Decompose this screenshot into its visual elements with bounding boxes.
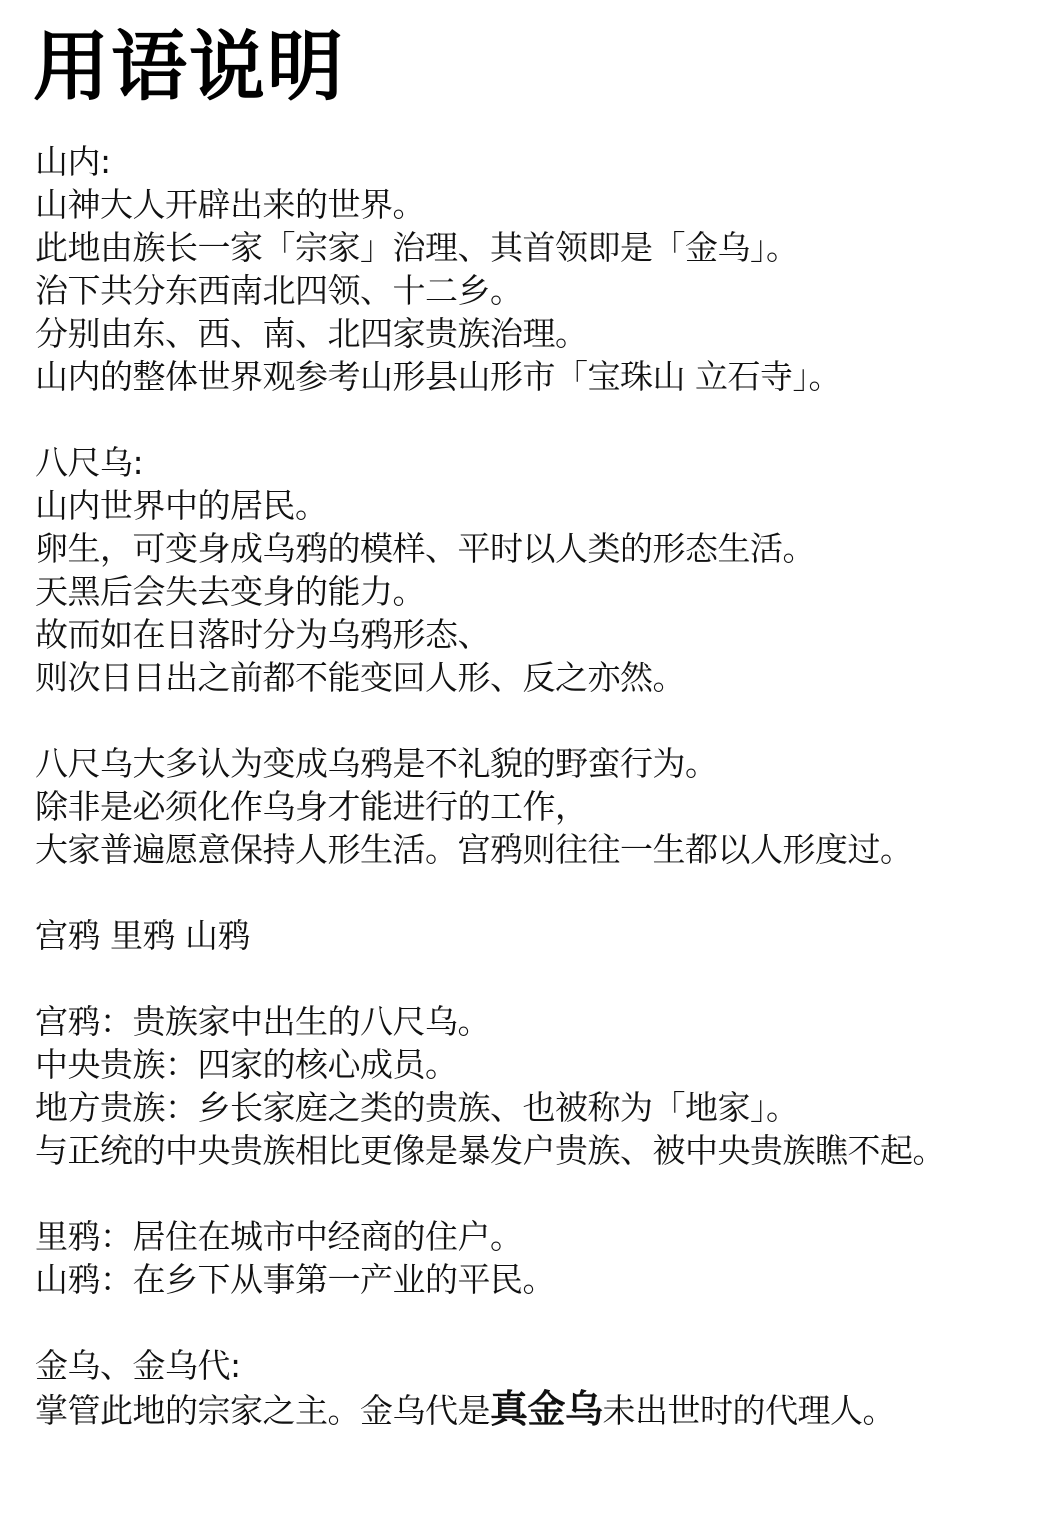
spacer — [35, 871, 1054, 914]
page-title: 用语说明 — [33, 22, 345, 112]
paragraph-line: 大家普遍愿意保持人形生活。宫鸦则往往一生都以人形度过。 — [35, 828, 1054, 871]
definition-line: 掌管此地的宗家之主。金乌代是真金乌未出世时的代理人。 — [35, 1387, 1054, 1430]
definition-line: 地方贵族：乡长家庭之类的贵族、也被称为「地家」。 — [35, 1086, 1054, 1129]
definition-line: 分别由东、西、南、北四家贵族治理。 — [35, 312, 1054, 355]
definition-line: 与正统的中央贵族相比更像是暴发户贵族、被中央贵族瞧不起。 — [35, 1129, 1054, 1172]
definition-line: 则次日日出之前都不能变回人形、反之亦然。 — [35, 656, 1054, 699]
definition-line: 宫鸦：贵族家中出生的八尺乌。 — [35, 1000, 1054, 1043]
paragraph-line: 除非是必须化作乌身才能进行的工作， — [35, 785, 1054, 828]
definition-line: 山鸦：在乡下从事第一产业的平民。 — [35, 1258, 1054, 1301]
emphasis-true-kinu: 真金乌 — [490, 1386, 603, 1431]
spacer — [35, 398, 1054, 441]
definition-line: 此地由族长一家「宗家」治理、其首领即是「金乌」。 — [35, 226, 1054, 269]
definition-line: 故而如在日落时分为乌鸦形态、 — [35, 613, 1054, 656]
definition-suffix: 未出世时的代理人。 — [603, 1391, 896, 1430]
definition-line: 山内世界中的居民。 — [35, 484, 1054, 527]
definition-line: 治下共分东西南北四领、十二乡。 — [35, 269, 1054, 312]
glossary-content: 山内: 山神大人开辟出来的世界。 此地由族长一家「宗家」治理、其首领即是「金乌」… — [35, 140, 1054, 1430]
definition-line: 山神大人开辟出来的世界。 — [35, 183, 1054, 226]
spacer — [35, 1172, 1054, 1215]
paragraph-line: 八尺乌大多认为变成乌鸦是不礼貌的野蛮行为。 — [35, 742, 1054, 785]
spacer — [35, 1301, 1054, 1344]
term-yatagarasu: 八尺乌: — [35, 441, 1054, 484]
definition-line: 里鸦：居住在城市中经商的住户。 — [35, 1215, 1054, 1258]
classes-heading: 宫鸦 里鸦 山鸦 — [35, 914, 1054, 957]
term-kinu: 金乌、金乌代: — [35, 1344, 1054, 1387]
definition-line: 天黑后会失去变身的能力。 — [35, 570, 1054, 613]
definition-line: 中央贵族：四家的核心成员。 — [35, 1043, 1054, 1086]
definition-line: 卵生，可变身成乌鸦的模样、平时以人类的形态生活。 — [35, 527, 1054, 570]
term-yamauchi: 山内: — [35, 140, 1054, 183]
definition-prefix: 掌管此地的宗家之主。金乌代是 — [35, 1391, 490, 1430]
definition-line: 山内的整体世界观参考山形县山形市「宝珠山 立石寺」。 — [35, 355, 1054, 398]
spacer — [35, 699, 1054, 742]
spacer — [35, 957, 1054, 1000]
